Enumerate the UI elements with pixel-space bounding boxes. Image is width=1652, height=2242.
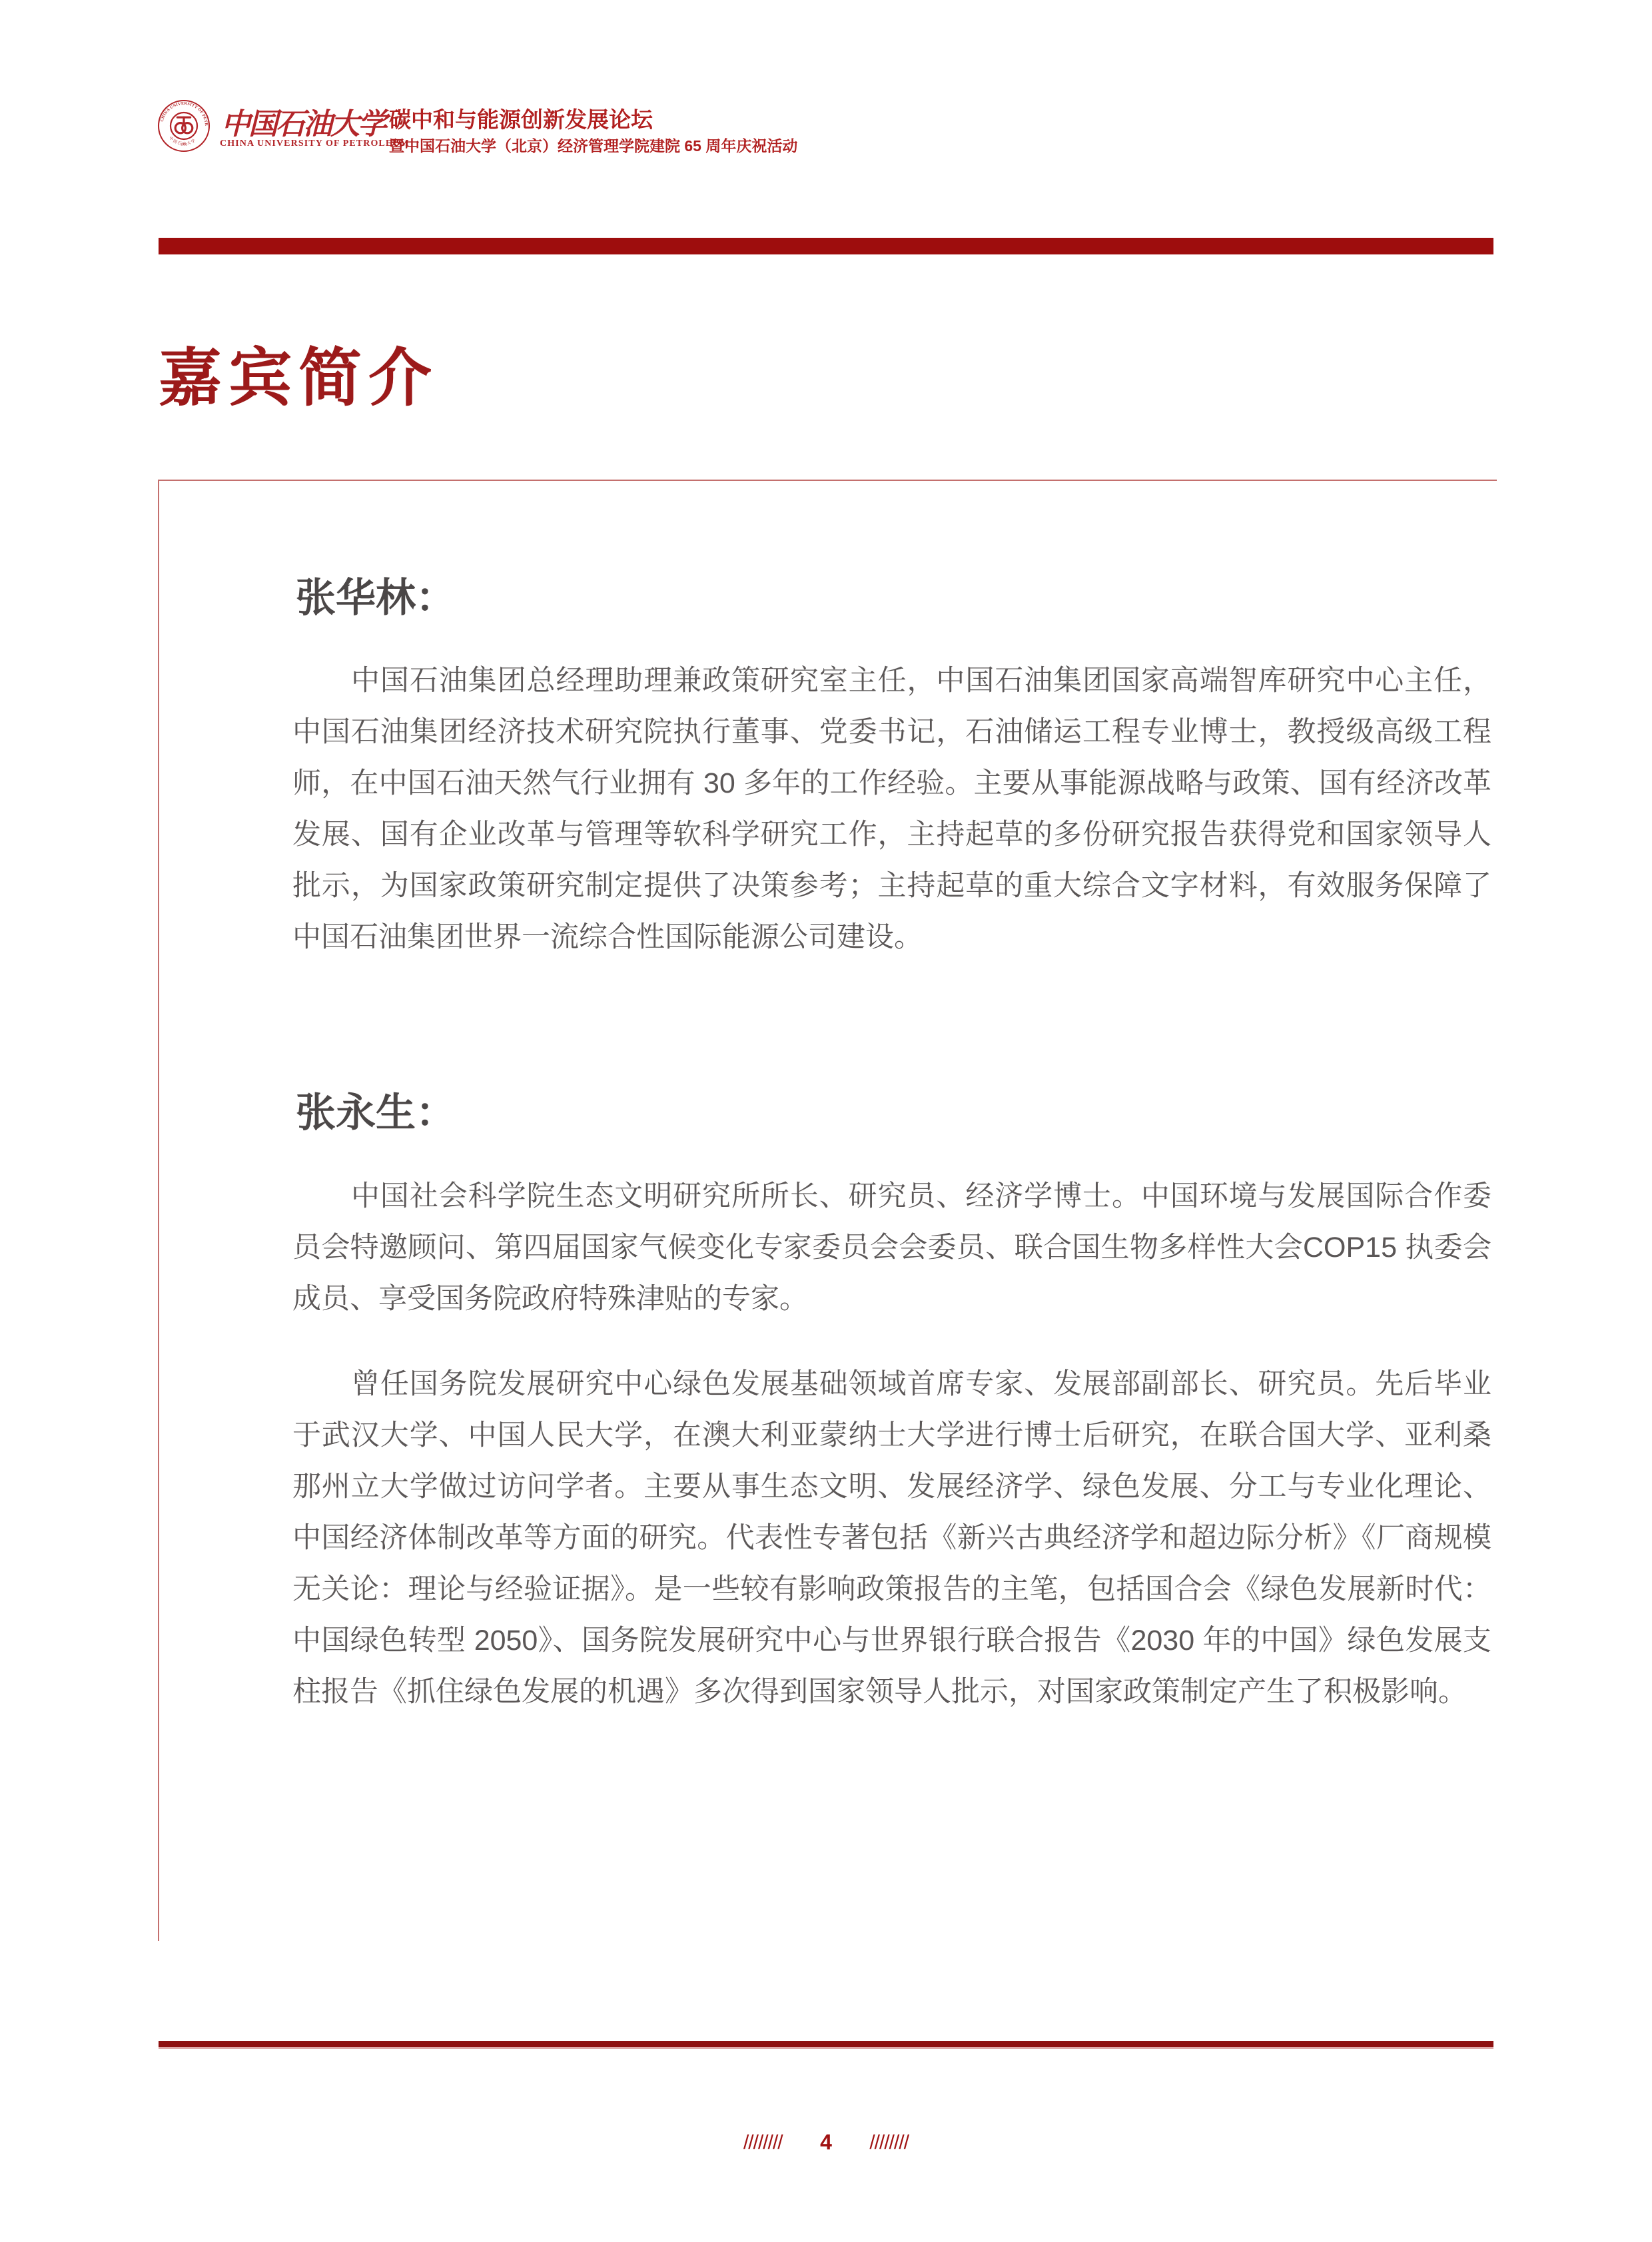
- footer-slashes-right: ////////: [869, 2131, 909, 2154]
- university-name-calligraphy: 中国石油大学: [221, 100, 385, 143]
- page-title: 嘉宾简介: [159, 328, 438, 418]
- header-divider-bar: [159, 238, 1493, 254]
- footer-slashes-left: ////////: [743, 2131, 783, 2154]
- guest-bio-paragraph: 中国石油集团总经理助理兼政策研究室主任，中国石油集团国家高端智库研究中心主任，中…: [292, 655, 1491, 963]
- page-number: 4: [820, 2130, 832, 2155]
- guest-intro-box: 张华林： 中国石油集团总经理助理兼政策研究室主任，中国石油集团国家高端智库研究中…: [158, 480, 1497, 1941]
- university-seal-icon: CHINA UNIVERSITY OF PETROLEUM 中国石油大学 195…: [157, 97, 210, 155]
- guest-bio-paragraph: 中国社会科学院生态文明研究所所长、研究员、经济学博士。中国环境与发展国际合作委员…: [292, 1171, 1491, 1325]
- document-page: CHINA UNIVERSITY OF PETROLEUM 中国石油大学 195…: [0, 0, 1652, 2242]
- guest-name-zhang-hualin: 张华林：: [296, 566, 456, 623]
- guest-bio-paragraph: 曾任国务院发展研究中心绿色发展基础领域首席专家、发展部副部长、研究员。先后毕业于…: [292, 1359, 1491, 1718]
- svg-text:CHINA UNIVERSITY OF PETROLEUM: CHINA UNIVERSITY OF PETROLEUM: [157, 97, 208, 127]
- guest-name-zhang-yongsheng: 张永生：: [296, 1081, 456, 1138]
- forum-title: 碳中和与能源创新发展论坛: [389, 103, 653, 134]
- footer-divider-line: [159, 2041, 1493, 2049]
- svg-text:1953: 1953: [181, 143, 188, 147]
- forum-subtitle: 暨中国石油大学（北京）经济管理学院建院 65 周年庆祝活动: [389, 134, 797, 156]
- university-name-english: CHINA UNIVERSITY OF PETROLEUM: [220, 139, 410, 149]
- page-footer: //////// 4 ////////: [0, 2130, 1652, 2155]
